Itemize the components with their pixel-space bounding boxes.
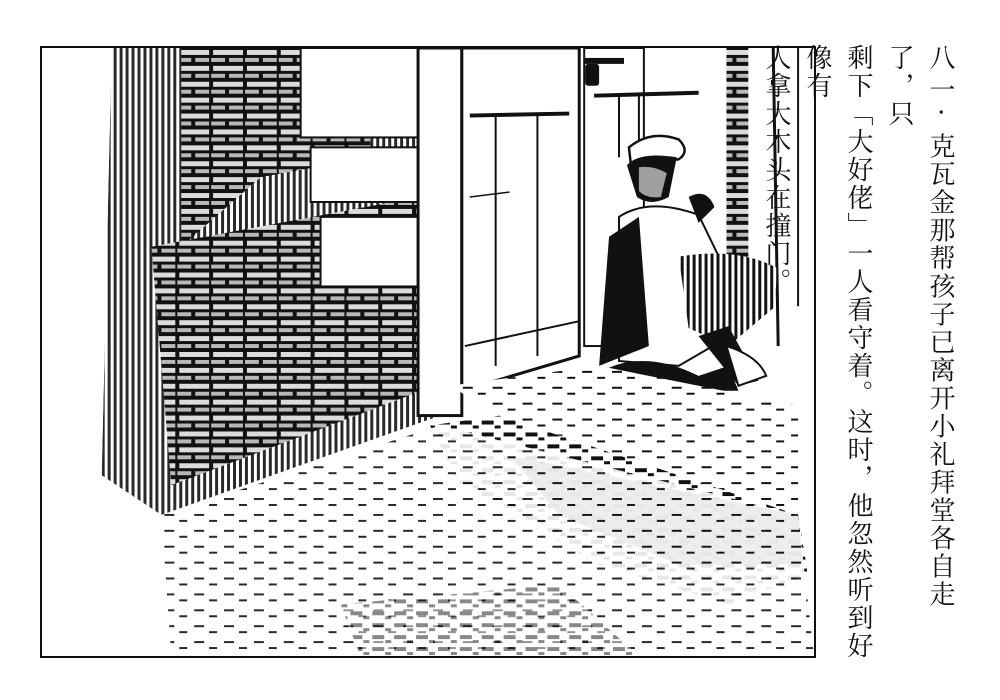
illustration-panel — [40, 46, 816, 658]
caption-line-2: 剩下「大好佬」一人看守着。这时，他忽然听到好像有 — [796, 44, 878, 664]
panel-number: 八一· — [925, 44, 955, 122]
illustration-drawing — [42, 48, 814, 656]
caption-line-3: 人拿大木头在撞门。 — [755, 44, 796, 664]
caption-line-1: 八一· 克瓦金那帮孩子已离开小礼拜堂各自走了，只 — [878, 44, 960, 664]
caption-text: 八一· 克瓦金那帮孩子已离开小礼拜堂各自走了，只 剩下「大好佬」一人看守着。这时… — [755, 44, 960, 664]
door-frame — [418, 48, 462, 416]
